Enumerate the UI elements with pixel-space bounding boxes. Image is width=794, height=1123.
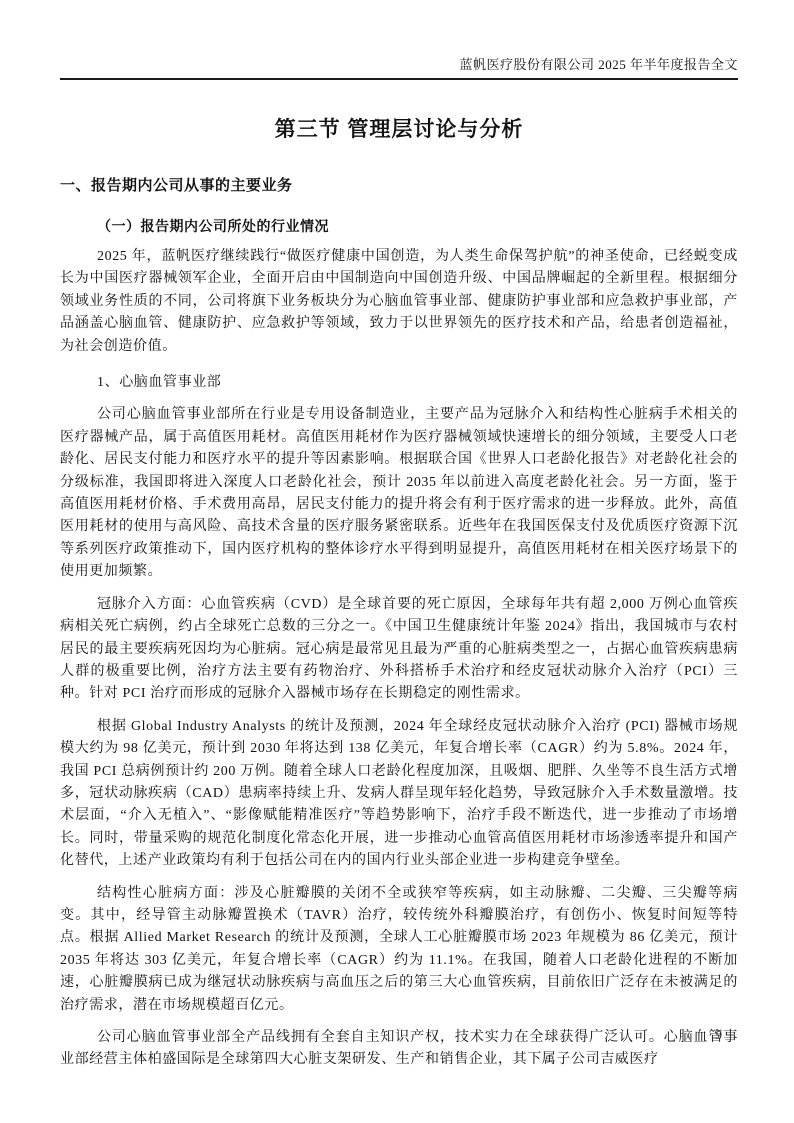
page-number: 9 (716, 1028, 722, 1043)
paragraph-industry-overview: 公司心脑血管事业部所在行业是专用设备制造业，主要产品为冠脉介入和结构性心脏病手术… (60, 404, 738, 583)
page-header: 蓝帆医疗股份有限公司 2025 年半年度报告全文 (60, 54, 738, 80)
header-text: 蓝帆医疗股份有限公司 2025 年半年度报告全文 (459, 57, 738, 72)
paragraph-company-overview: 2025 年，蓝帆医疗继续践行“做医疗健康中国创造，为人类生命保驾护航”的神圣使… (60, 246, 738, 358)
heading-industry-situation: （一）报告期内公司所处的行业情况 (60, 216, 738, 236)
heading-main-business: 一、报告期内公司从事的主要业务 (60, 174, 738, 195)
paragraph-coronary-intervention: 冠脉介入方面：心血管疾病（CVD）是全球首要的死亡原因，全球每年共有超 2,00… (60, 594, 738, 706)
paragraph-structural-heart-disease: 结构性心脏病方面：涉及心脏瓣膜的关闭不全或狭窄等疾病，如主动脉瓣、二尖瓣、三尖瓣… (60, 883, 738, 1017)
paragraph-pci-market: 根据 Global Industry Analysts 的统计及预测，2024 … (60, 716, 738, 873)
section-title: 第三节 管理层讨论与分析 (60, 113, 738, 143)
paragraph-product-lines: 公司心脑血管事业部全产品线拥有全套自主知识产权，技术实力在全球获得广泛认可。心脑… (60, 1027, 738, 1072)
subheading-cardio-division: 1、心脑血管事业部 (60, 372, 738, 394)
report-page: 蓝帆医疗股份有限公司 2025 年半年度报告全文 第三节 管理层讨论与分析 一、… (0, 0, 794, 1123)
